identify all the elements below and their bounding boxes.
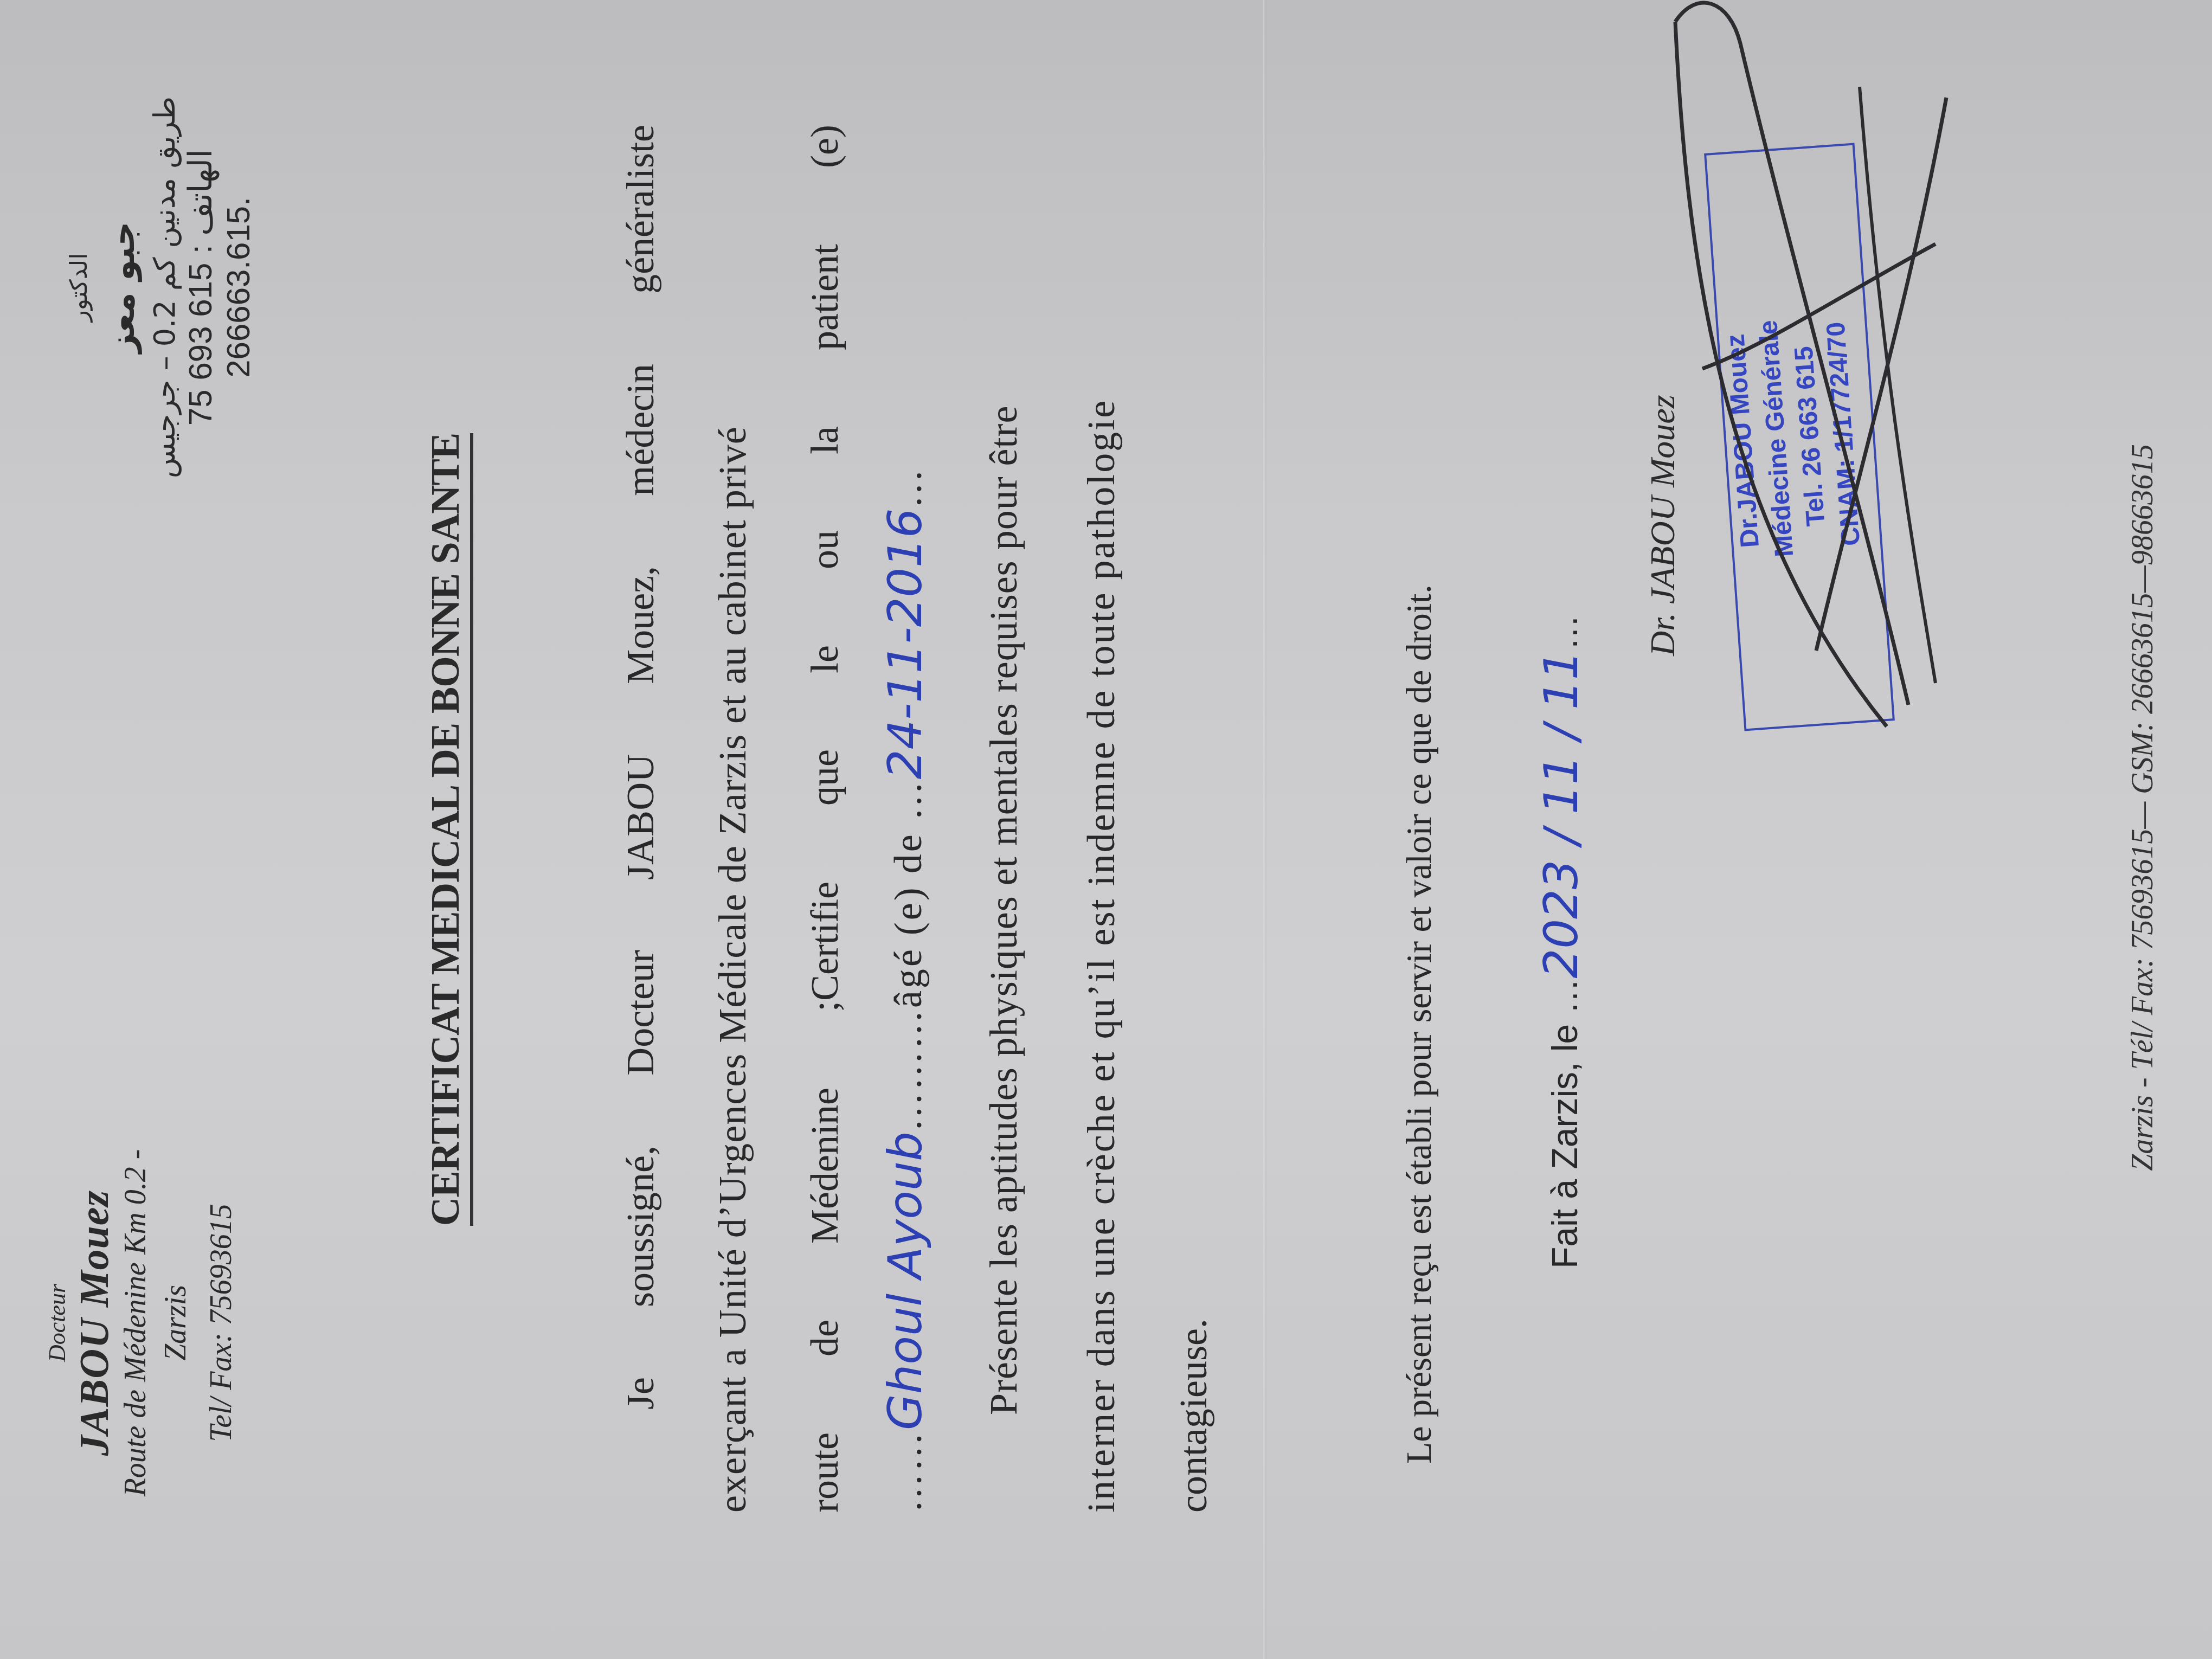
letterhead-ar-phone-number: 75 693 615 bbox=[182, 263, 218, 426]
place-date: Fait à Zarzis, le …2023 / 11 / 11… bbox=[1534, 615, 1589, 1269]
body-word: Je bbox=[618, 1377, 663, 1410]
body-line-7: contagieuse. bbox=[1171, 1319, 1216, 1513]
certificate-title-text: CERTIFICAT MEDICAL DE BONNE SANTE bbox=[423, 433, 473, 1226]
place-date-label: Fait à Zarzis, le … bbox=[1545, 979, 1585, 1269]
closing-sentence: Le présent reçu est établi pour servir e… bbox=[1399, 584, 1440, 1464]
body-word: JABOU bbox=[618, 754, 663, 880]
footer-contact: Zarzis - Tél/ Fax: 75693615— GSM: 266636… bbox=[2125, 444, 2160, 1171]
body-line-1: Jesoussigné,DocteurJABOUMouez,médecingén… bbox=[618, 125, 663, 1513]
letterhead-city: Zarzis bbox=[158, 1117, 193, 1529]
body-word: Mouez, bbox=[618, 566, 663, 684]
body-word: (e) bbox=[802, 125, 847, 168]
body-word: le bbox=[802, 645, 847, 673]
body-word: ou bbox=[802, 530, 847, 569]
letterhead-doctor-name: JABOU Mouez bbox=[71, 1117, 118, 1529]
letterhead-ar-phone-1: الهاتف : 75 693 615 bbox=[182, 65, 220, 510]
certificate-page: Docteur JABOU Mouez Route de Médenine Km… bbox=[0, 0, 2212, 1659]
patient-name-handwritten: Ghoul Ayoub bbox=[878, 1131, 933, 1430]
body-word: la bbox=[802, 426, 847, 454]
body-word: généraliste bbox=[618, 125, 663, 294]
birth-date-handwritten: 24-11-2016 bbox=[878, 508, 933, 779]
letterhead-ar-title-word: الدكتور bbox=[65, 65, 93, 510]
body-line-4: ……Ghoul Ayoub………âgé (e) de …24-11-2016… bbox=[878, 467, 933, 1513]
letterhead-ar-phone-2: 266663.615. bbox=[220, 65, 257, 510]
letterhead-address: Route de Médenine Km 0.2 - bbox=[118, 1117, 153, 1529]
fill-dots-end: … bbox=[886, 467, 930, 508]
body-word: que bbox=[802, 749, 847, 806]
body-word: médecin bbox=[618, 364, 663, 496]
age-label: ………âgé (e) de … bbox=[886, 779, 930, 1131]
body-word: soussigné, bbox=[618, 1146, 663, 1307]
issue-date-handwritten: 2023 / 11 / 11 bbox=[1534, 651, 1589, 979]
place-date-dots: … bbox=[1545, 615, 1585, 651]
letterhead-phone: Tel/ Fax: 75693615 bbox=[204, 1117, 239, 1529]
paper-fold bbox=[1263, 0, 1266, 1659]
body-line-2: exerçant a Unité d’Urgences Médicale de … bbox=[710, 426, 755, 1513]
body-word: route bbox=[802, 1432, 847, 1513]
letterhead-arabic: الدكتور جبو معز طريق مدنين كم 0.2 – جرجي… bbox=[65, 65, 257, 510]
body-word: de bbox=[802, 1320, 847, 1356]
body-word: Docteur bbox=[618, 950, 663, 1076]
body-word: patient bbox=[802, 244, 847, 350]
letterhead-ar-doctor-name: جبو معز bbox=[102, 65, 142, 510]
letterhead-ar-address: طريق مدنين كم 0.2 – جرجيس bbox=[147, 65, 182, 510]
body-line-5: Présente les aptitudes physiques et ment… bbox=[981, 405, 1026, 1415]
body-word: ;Certifie bbox=[802, 882, 847, 1012]
letterhead-french: Docteur JABOU Mouez Route de Médenine Km… bbox=[43, 1117, 239, 1529]
letterhead-ar-phone-label: الهاتف : bbox=[182, 149, 218, 254]
letterhead-title-word: Docteur bbox=[43, 1117, 71, 1529]
body-line-6: interner dans une crèche et qu’il est in… bbox=[1079, 399, 1124, 1513]
handwritten-signature bbox=[1654, 0, 1957, 792]
body-word: Médenine bbox=[802, 1088, 847, 1244]
certificate-title: CERTIFICAT MEDICAL DE BONNE SANTE bbox=[423, 0, 469, 1659]
fill-dots: …… bbox=[886, 1430, 930, 1513]
body-line-3: routedeMédenine;Certifiequeleoulapatient… bbox=[802, 125, 847, 1513]
